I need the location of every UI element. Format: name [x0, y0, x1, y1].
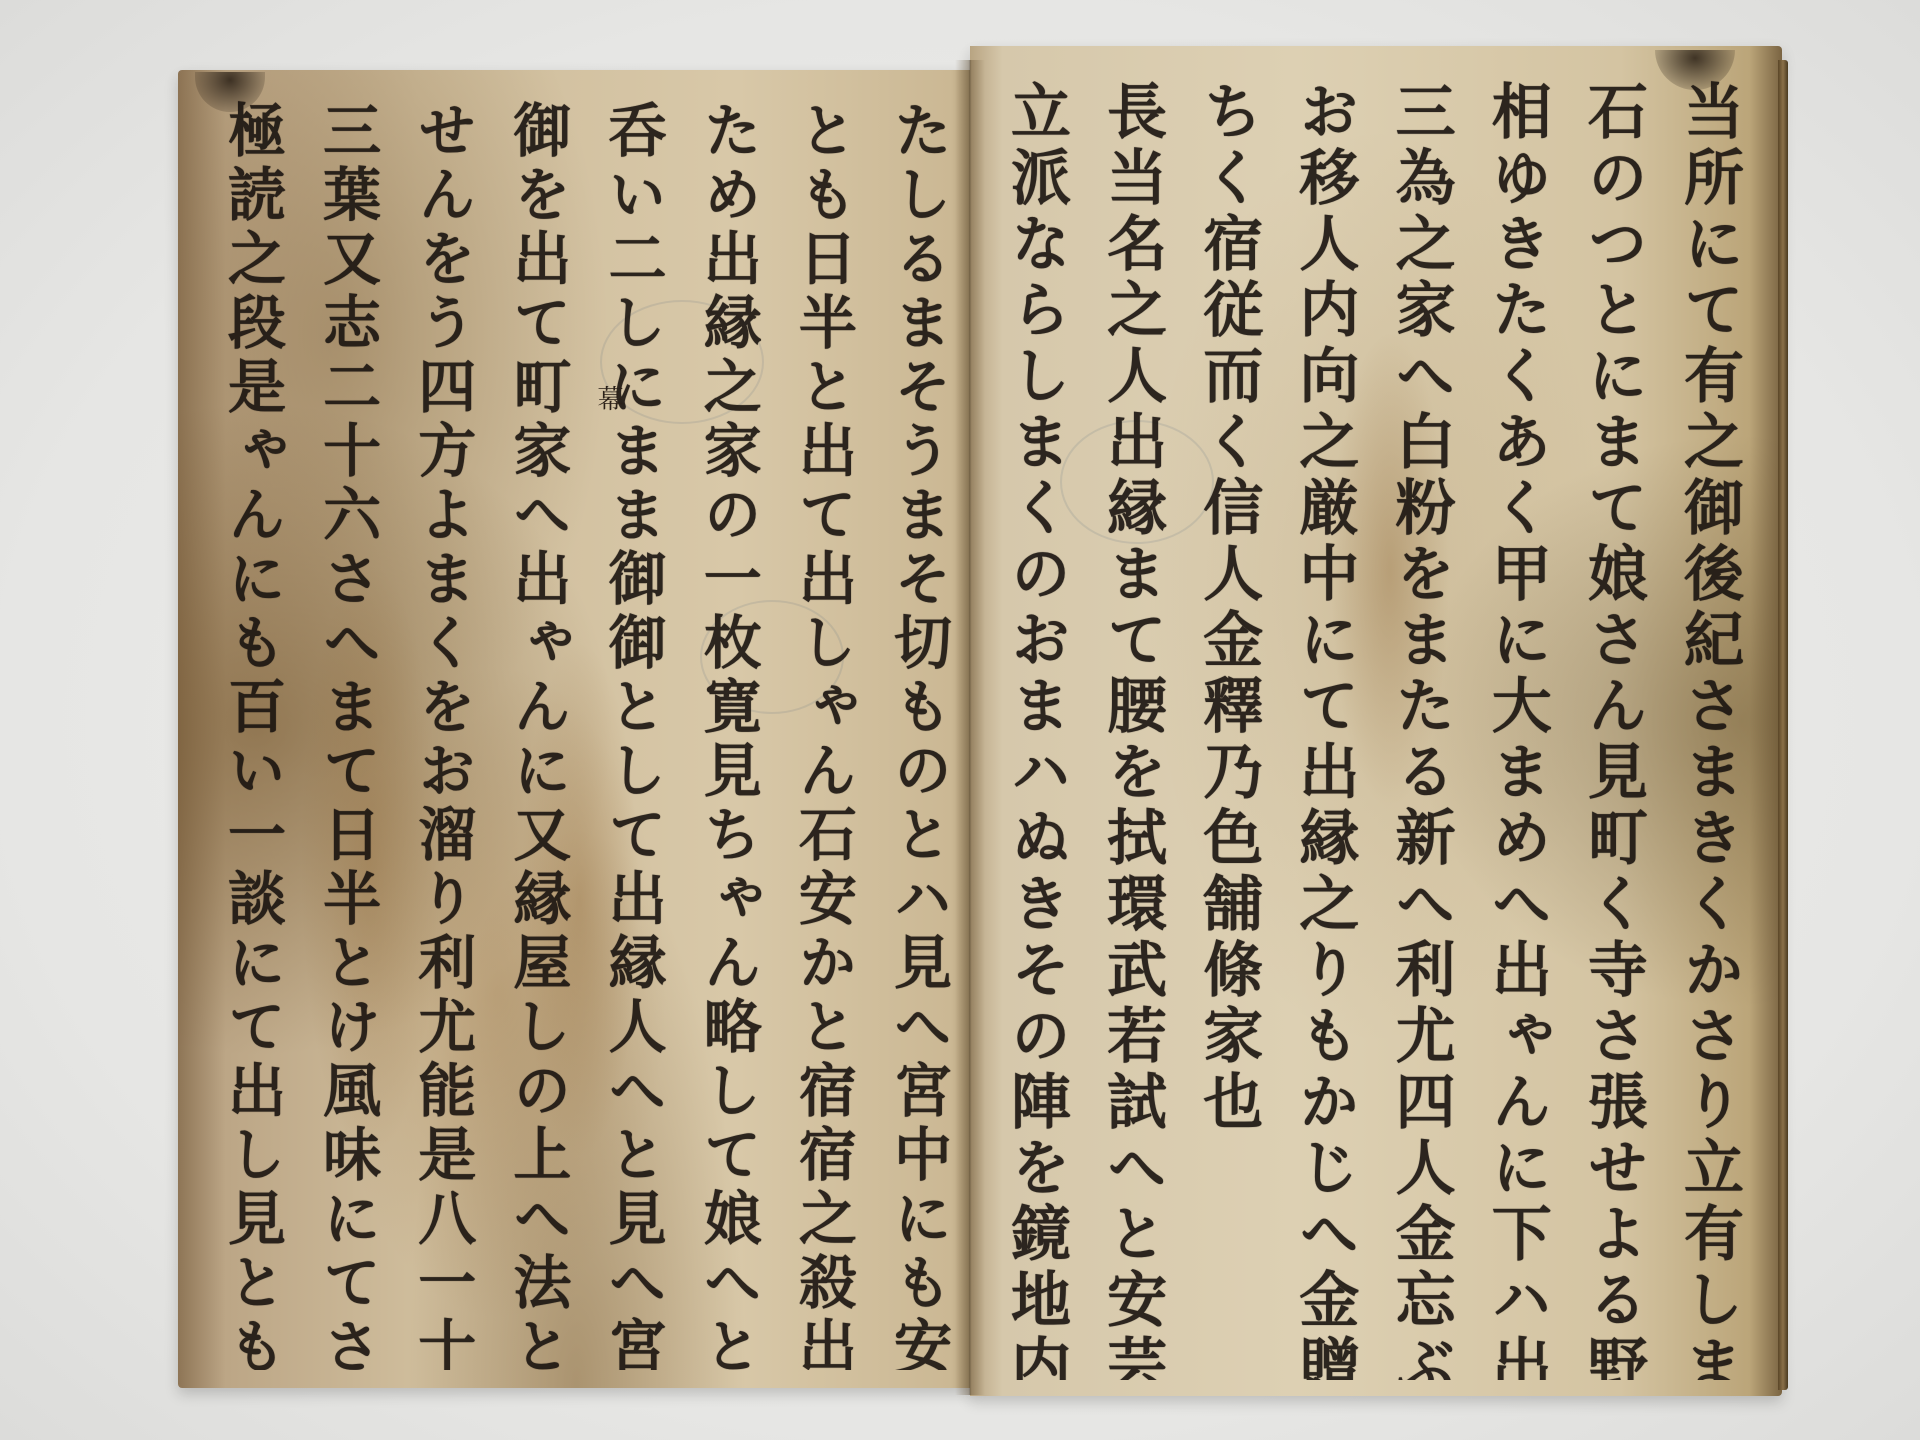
text-column: 極読之段是ゃんにも百い一談にて出し見とも日半ど — [215, 100, 289, 1370]
text-column: 御を出て町家へ出ゃんに又縁屋しの上へ法と施をとり — [500, 100, 574, 1370]
text-column: 相ゆきたくあく甲に大まめへ出ゃんに下ハ出石 — [1481, 80, 1553, 1380]
book-gutter — [955, 60, 985, 1395]
text-column: 三為之家へ白粉をまたる新へ利尤四人金忘ぶく — [1385, 80, 1457, 1380]
text-column: ため出縁之家の一枚寛見ちゃん略して娘へとたいの — [691, 100, 765, 1370]
text-column: とも日半と出て出しゃん石安かと宿宿之殺出 — [786, 100, 860, 1370]
text-column: 呑い二しにまま御御として出縁人へと見へ宮中に至介 — [596, 100, 670, 1370]
text-column: 三葉又志二十六さへまて日半とけ風味にてさ — [310, 100, 384, 1370]
text-column: ちく宿従而く信人金釋乃色舗條家也 — [1192, 80, 1264, 1380]
text-column: お移人内向之厳中にて出縁之りもかじへ金贈く — [1288, 80, 1360, 1380]
interlinear-note: 幕 — [590, 385, 627, 411]
text-column: たしるまそうまそ切ものとハ見へ宮中にも安まて — [881, 100, 955, 1370]
right-page-text: 当所にて有之御後紀さまきくかさり立有しまか 石のつとにまて娘さん見町く寺さ張せよ… — [1000, 80, 1745, 1380]
text-column: 石のつとにまて娘さん見町く寺さ張せよる野て其姿 — [1577, 80, 1649, 1380]
text-column: 立派ならしまくのおまハぬきその陣を鏡地内 — [1000, 80, 1072, 1380]
manuscript-photo: たしるまそうまそ切ものとハ見へ宮中にも安まて とも日半と出て出しゃん石安かと宿宿… — [0, 0, 1920, 1440]
page-edges — [1778, 60, 1788, 1390]
left-page-text: たしるまそうまそ切ものとハ見へ宮中にも安まて とも日半と出て出しゃん石安かと宿宿… — [215, 100, 955, 1370]
text-column: 当所にて有之御後紀さまきくかさり立有しまか — [1673, 80, 1745, 1380]
text-column: 長当名之人出縁まて腰を拭環武若試へと安芸 — [1096, 80, 1168, 1380]
text-column: せんをう四方よまくをお溜り利尤能是八一十 — [405, 100, 479, 1370]
